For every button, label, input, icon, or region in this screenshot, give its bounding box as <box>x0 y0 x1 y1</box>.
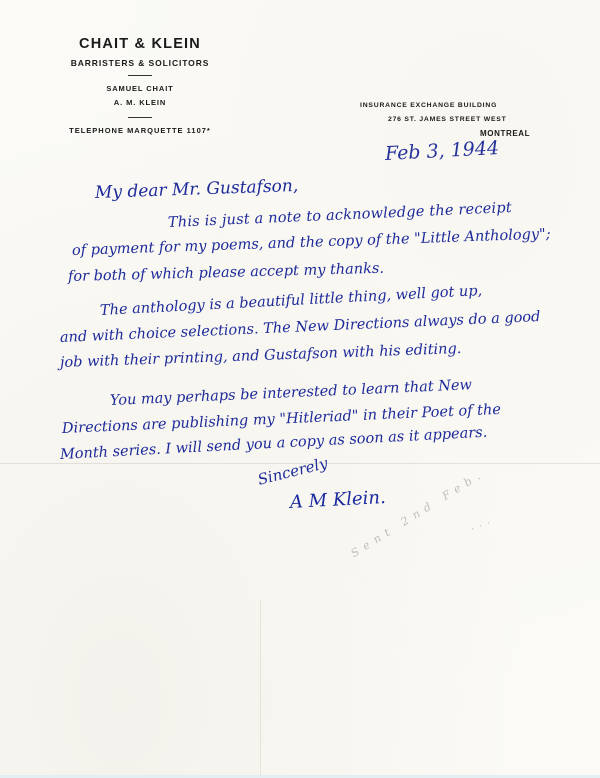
divider-rule <box>128 75 152 76</box>
address-building: INSURANCE EXCHANGE BUILDING <box>360 102 497 109</box>
fold-crease-vertical <box>260 600 261 778</box>
firm-name: CHAIT & KLEIN <box>40 36 240 52</box>
letterhead-firm-block: CHAIT & KLEIN BARRISTERS & SOLICITORS SA… <box>40 36 240 135</box>
address-street: 276 ST. JAMES STREET WEST <box>388 116 507 123</box>
partner-name: A. M. KLEIN <box>40 96 240 110</box>
divider-rule <box>128 117 152 118</box>
partner-name: SAMUEL CHAIT <box>40 82 240 96</box>
telephone: TELEPHONE MARQUETTE 1107* <box>40 126 240 135</box>
firm-subtitle: BARRISTERS & SOLICITORS <box>40 58 240 68</box>
